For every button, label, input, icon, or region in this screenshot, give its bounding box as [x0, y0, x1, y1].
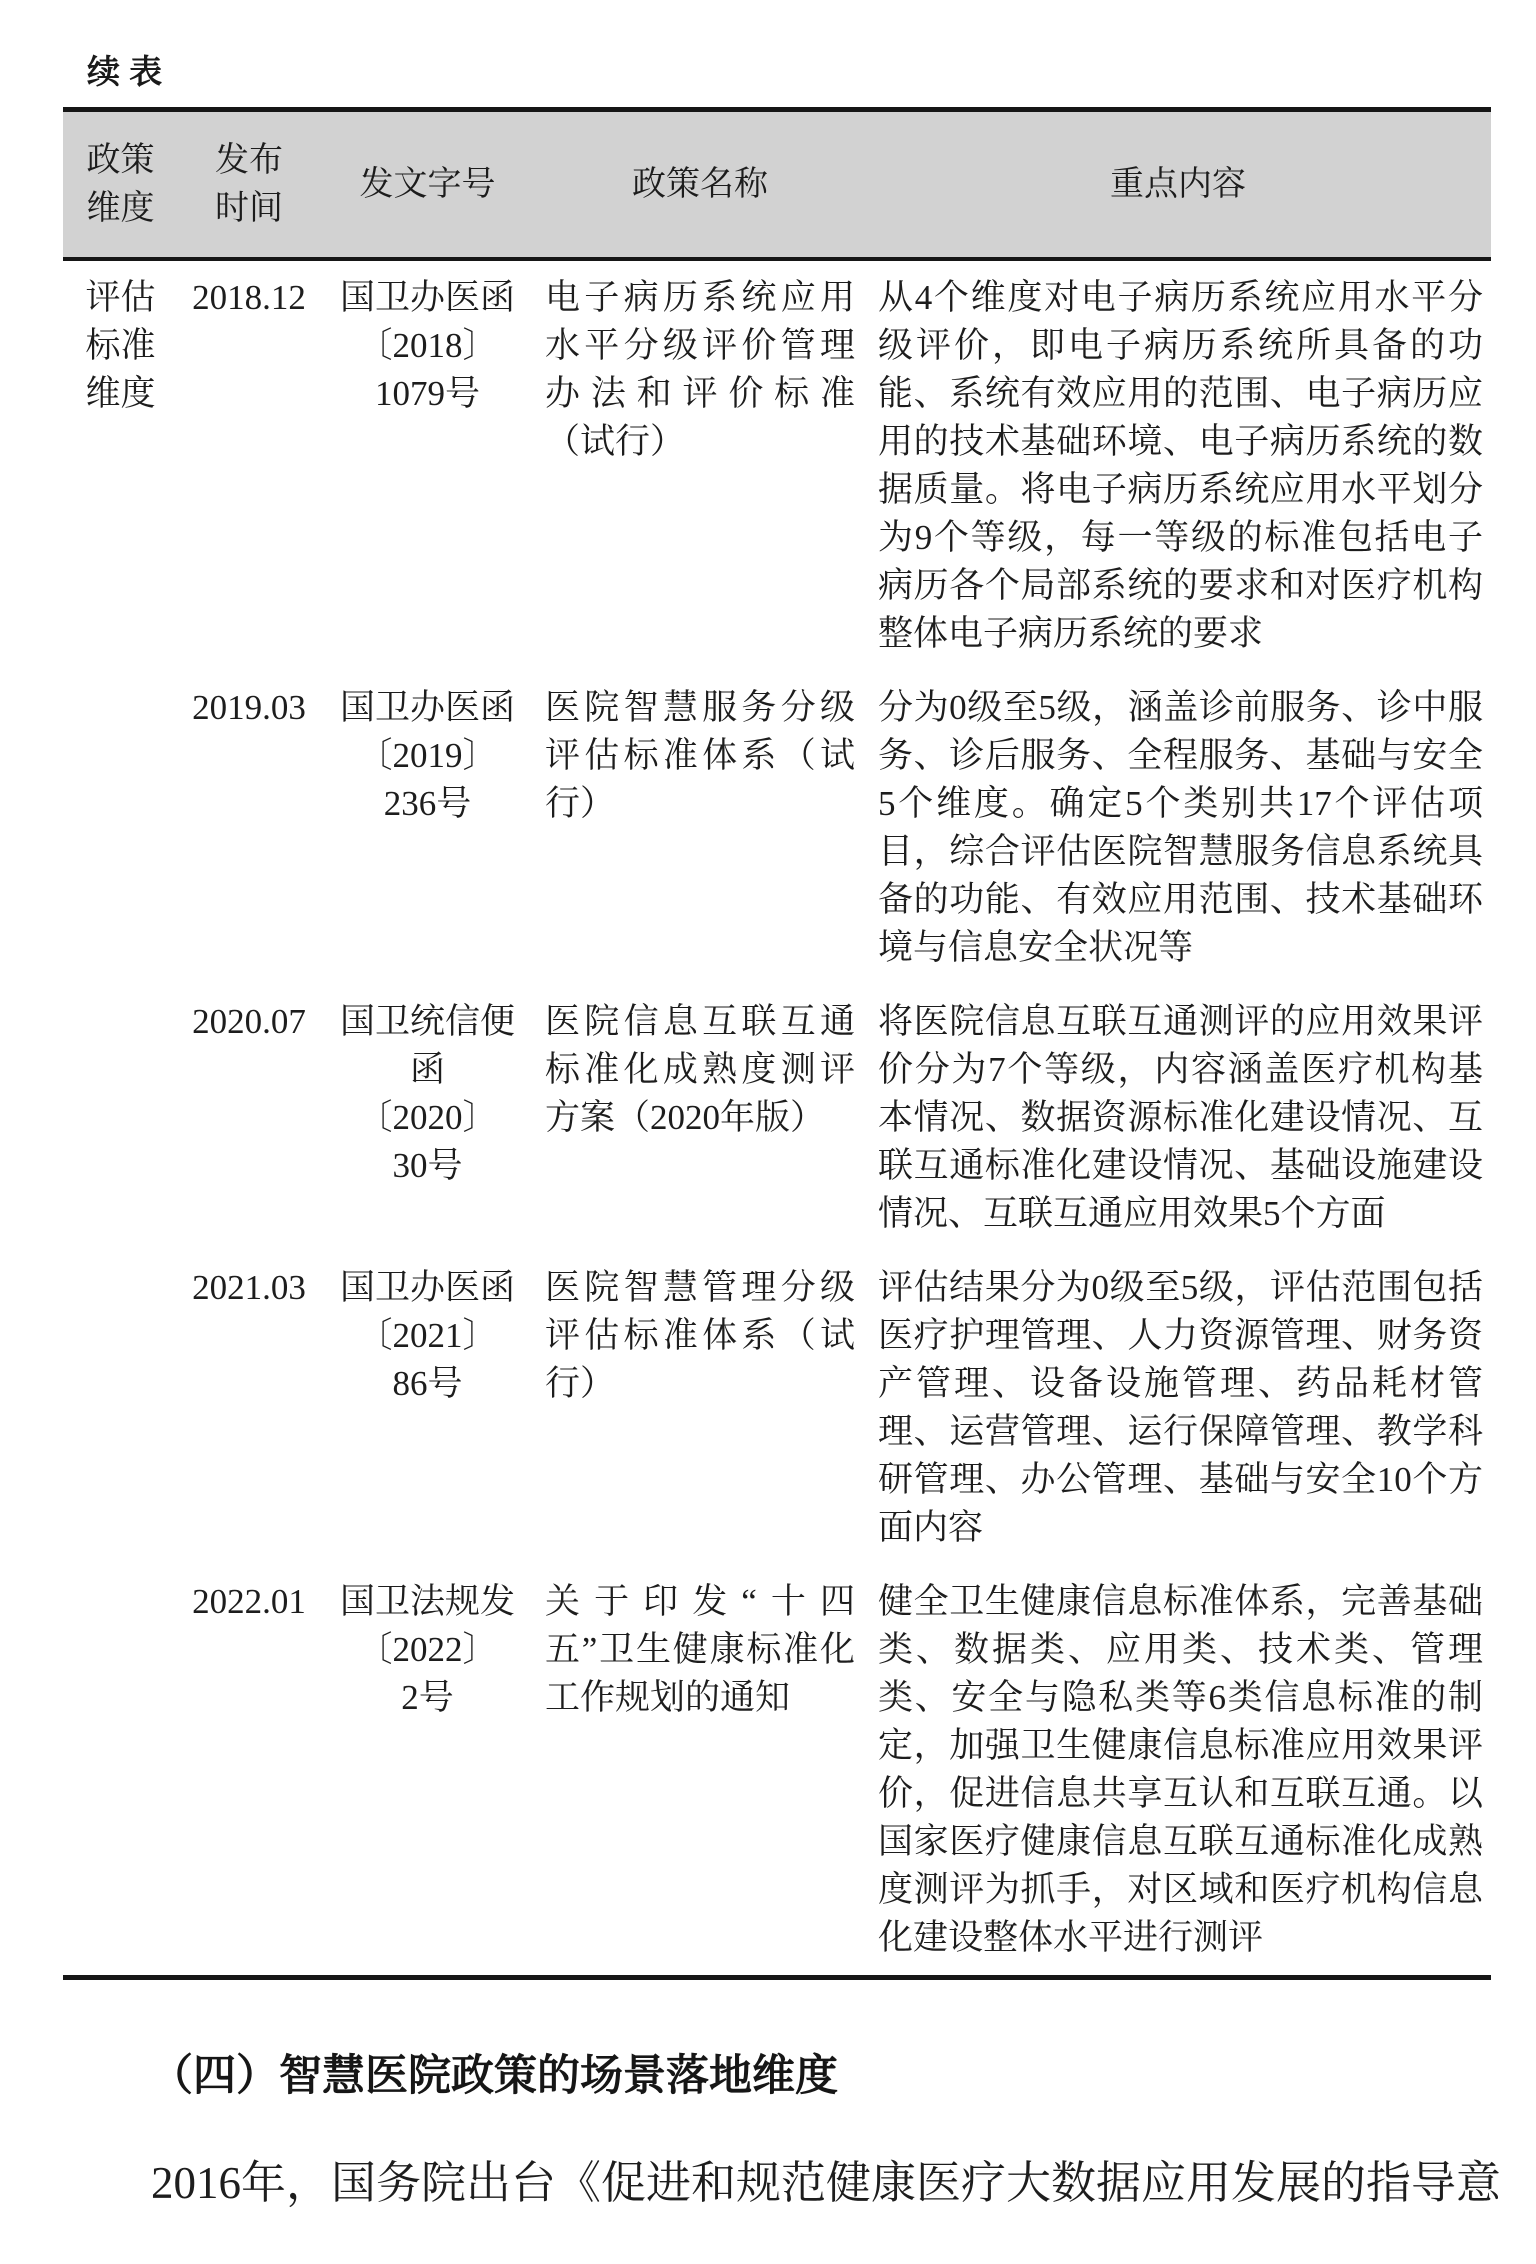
cell-doc_no: 国卫办医函 〔2019〕 236号 [320, 684, 535, 972]
cell-dimension: 评估 标准 维度 [63, 274, 178, 658]
cell-date: 2020.07 [178, 998, 320, 1238]
header-doc-number: 发文字号 [320, 161, 535, 209]
cell-content: 从4个维度对电子病历系统应用水平分级评价，即电子病历系统所具备的功能、系统有效应… [865, 274, 1491, 658]
header-publish-time: 发布 时间 [178, 137, 320, 233]
cell-doc_no: 国卫办医函 〔2021〕 86号 [320, 1264, 535, 1552]
cell-doc_no: 国卫法规发 〔2022〕 2号 [320, 1578, 535, 1962]
cell-content: 评估结果分为0级至5级，评估范围包括医疗护理管理、人力资源管理、财务资产管理、设… [865, 1264, 1491, 1552]
table-row: 2020.07国卫统信便 函 〔2020〕 30号医院信息互联互通标准化成熟度测… [63, 985, 1491, 1251]
cell-name: 医院信息互联互通标准化成熟度测评方案（2020年版） [535, 998, 865, 1238]
policy-table: 政策 维度 发布 时间 发文字号 政策名称 重点内容 评估 标准 维度2018.… [63, 107, 1491, 1980]
table-row: 2019.03国卫办医函 〔2019〕 236号医院智慧服务分级评估标准体系（试… [63, 671, 1491, 985]
table-row: 评估 标准 维度2018.12国卫办医函 〔2018〕 1079号电子病历系统应… [63, 261, 1491, 671]
cell-dimension [63, 684, 178, 972]
header-key-content: 重点内容 [865, 161, 1491, 209]
book-page: 续 表 政策 维度 发布 时间 发文字号 政策名称 重点内容 评估 标准 维度2… [0, 0, 1536, 2264]
table-row: 2022.01国卫法规发 〔2022〕 2号关于印发“十四五”卫生健康标准化工作… [63, 1565, 1491, 1975]
cell-date: 2022.01 [178, 1578, 320, 1962]
section-heading: （四）智慧医院政策的场景落地维度 [150, 2050, 838, 2102]
cell-name: 医院智慧管理分级评估标准体系（试行） [535, 1264, 865, 1552]
cell-doc_no: 国卫统信便 函 〔2020〕 30号 [320, 998, 535, 1238]
table-header-row: 政策 维度 发布 时间 发文字号 政策名称 重点内容 [63, 112, 1491, 261]
header-policy-dimension: 政策 维度 [63, 137, 178, 233]
cell-doc_no: 国卫办医函 〔2018〕 1079号 [320, 274, 535, 658]
cell-content: 健全卫生健康信息标准体系，完善基础类、数据类、应用类、技术类、管理类、安全与隐私… [865, 1578, 1491, 1962]
cell-content: 将医院信息互联互通测评的应用效果评价分为7个等级，内容涵盖医疗机构基本情况、数据… [865, 998, 1491, 1238]
continued-table-label: 续 表 [87, 52, 162, 92]
cell-name: 关于印发“十四五”卫生健康标准化工作规划的通知 [535, 1578, 865, 1962]
table-row: 2021.03国卫办医函 〔2021〕 86号医院智慧管理分级评估标准体系（试行… [63, 1251, 1491, 1565]
cell-content: 分为0级至5级，涵盖诊前服务、诊中服务、诊后服务、全程服务、基础与安全5个维度。… [865, 684, 1491, 972]
cell-name: 电子病历系统应用水平分级评价管理办法和评价标准（试行） [535, 274, 865, 658]
cell-dimension [63, 998, 178, 1238]
cell-date: 2019.03 [178, 684, 320, 972]
cell-date: 2021.03 [178, 1264, 320, 1552]
cell-date: 2018.12 [178, 274, 320, 658]
body-paragraph: 2016年，国务院出台《促进和规范健康医疗大数据应用发展的指导意 [63, 2152, 1491, 2214]
cell-dimension [63, 1264, 178, 1552]
cell-name: 医院智慧服务分级评估标准体系（试行） [535, 684, 865, 972]
header-policy-name: 政策名称 [535, 161, 865, 209]
policy-table-body: 评估 标准 维度2018.12国卫办医函 〔2018〕 1079号电子病历系统应… [63, 261, 1491, 1975]
cell-dimension [63, 1578, 178, 1962]
